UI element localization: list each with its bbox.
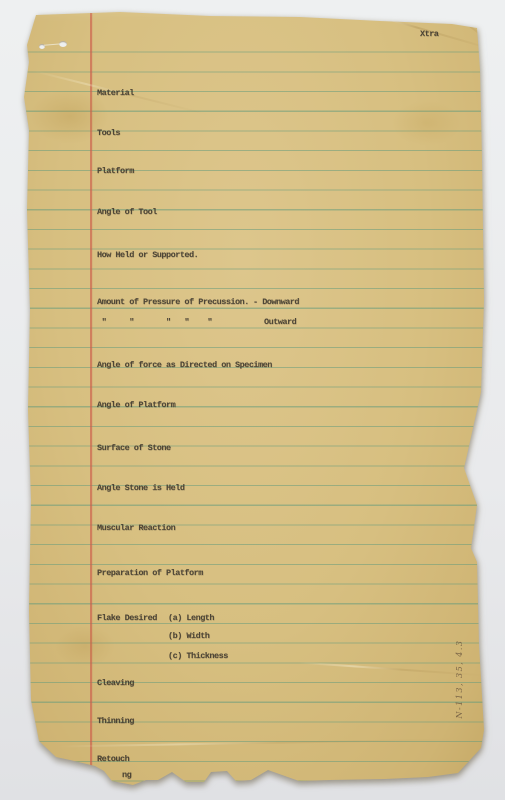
- field-how-held: How Held or Supported.: [97, 250, 198, 260]
- paper-edge-shading: [0, 0, 505, 800]
- field-flake-length: (a) Length: [168, 613, 214, 623]
- field-flake-thickness: (c) Thickness: [168, 651, 228, 661]
- field-thinning: Thinning: [97, 716, 134, 726]
- field-angle-of-platform: Angle of Platform: [97, 400, 175, 410]
- field-flake-width: (b) Width: [168, 631, 209, 641]
- field-preparation-of-platform: Preparation of Platform: [97, 568, 203, 578]
- field-flake-desired: Flake Desired: [97, 613, 157, 623]
- field-angle-stone-held: Angle Stone is Held: [97, 483, 184, 493]
- field-pressure-outward: Outward: [264, 317, 296, 327]
- field-muscular-reaction: Muscular Reaction: [97, 523, 175, 533]
- torn-text-fragment: ng: [122, 770, 131, 780]
- field-material: Material: [97, 88, 134, 98]
- field-tools: Tools: [97, 128, 120, 138]
- field-platform: Platform: [97, 166, 134, 176]
- paper-shadow: Xtra Material Tools Platform Angle of To…: [0, 0, 505, 800]
- paper-sheet: Xtra Material Tools Platform Angle of To…: [0, 0, 505, 800]
- corner-note: Xtra: [420, 29, 438, 39]
- field-surface-of-stone: Surface of Stone: [97, 443, 171, 453]
- field-pressure-downward: - Downward: [253, 297, 299, 307]
- handwritten-catalog-note: N-113, 35, 4.3: [455, 617, 469, 741]
- field-angle-of-tool: Angle of Tool: [97, 207, 157, 217]
- field-retouch: Retouch: [97, 754, 129, 764]
- field-pressure: Amount of Pressure of Precussion.: [97, 297, 249, 307]
- ditto-marks: " " " " ": [97, 317, 212, 327]
- field-angle-of-force: Angle of force as Directed on Specimen: [97, 360, 272, 370]
- scanned-document: Xtra Material Tools Platform Angle of To…: [0, 0, 505, 800]
- field-cleaving: Cleaving: [97, 678, 134, 688]
